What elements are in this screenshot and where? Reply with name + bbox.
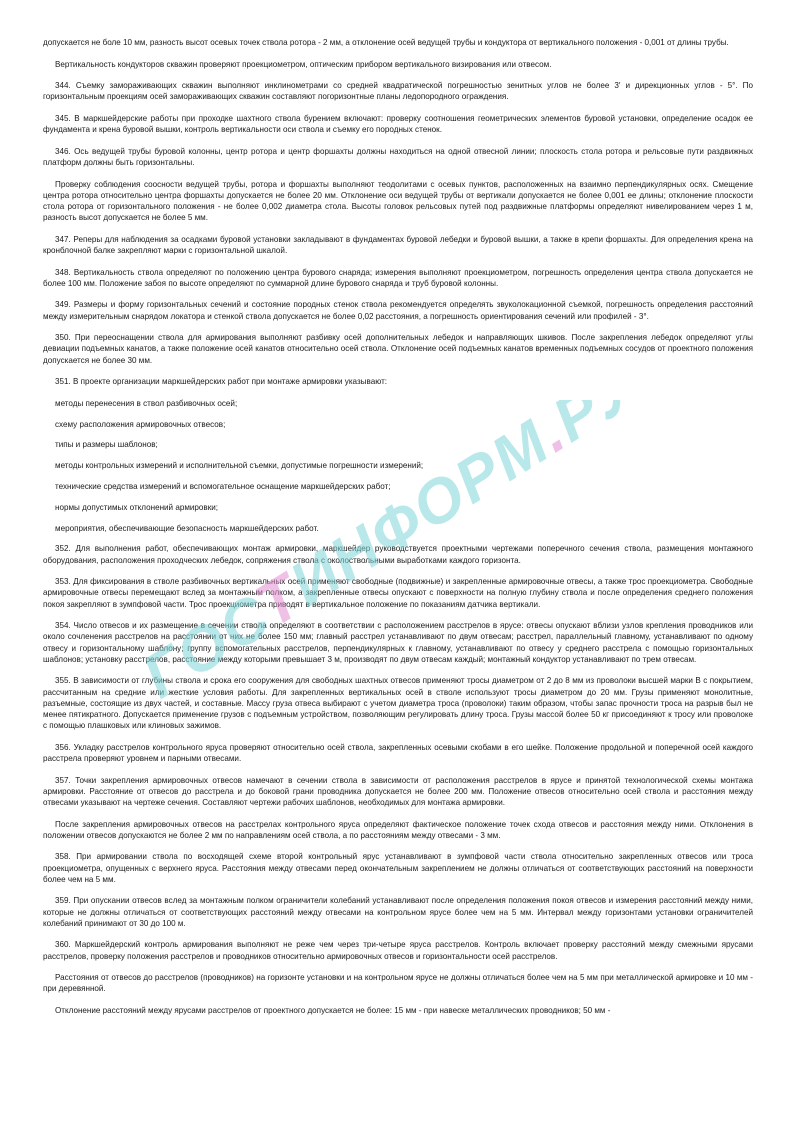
- paragraph-360: 360. Маркшейдерский контроль армирования…: [43, 939, 753, 961]
- paragraph-355: 355. В зависимости от глубины ствола и с…: [43, 675, 753, 731]
- list-item: нормы допустимых отклонений армировки;: [43, 502, 753, 513]
- paragraph: Проверку соблюдения соосности ведущей тр…: [43, 179, 753, 224]
- paragraph-351: 351. В проекте организации маркшейдерски…: [43, 376, 753, 387]
- paragraph-continuation: допускается не боле 10 мм, разность высо…: [43, 37, 753, 48]
- list-item: методы перенесения в ствол разбивочных о…: [43, 398, 753, 409]
- paragraph-359: 359. При опускании отвесов вслед за монт…: [43, 895, 753, 929]
- list-item: методы контрольных измерений и исполните…: [43, 460, 753, 471]
- paragraph-345: 345. В маркшейдерские работы при проходк…: [43, 113, 753, 135]
- paragraph-354: 354. Число отвесов и их размещение в сеч…: [43, 620, 753, 665]
- paragraph-357: 357. Точки закрепления армировочных отве…: [43, 775, 753, 809]
- paragraph-356: 356. Укладку расстрелов контрольного яру…: [43, 742, 753, 764]
- paragraph-348: 348. Вертикальность ствола определяют по…: [43, 267, 753, 289]
- paragraph: Вертикальность кондукторов скважин прове…: [43, 59, 753, 70]
- paragraph: Расстояния от отвесов до расстрелов (про…: [43, 972, 753, 994]
- paragraph: Отклонение расстояний между ярусами расс…: [43, 1005, 753, 1016]
- list-item: схему расположения армировочных отвесов;: [43, 419, 753, 430]
- paragraph-344: 344. Съемку замораживающих скважин выпол…: [43, 80, 753, 102]
- paragraph-358: 358. При армировании ствола по восходяще…: [43, 851, 753, 885]
- paragraph-352: 352. Для выполнения работ, обеспечивающи…: [43, 543, 753, 565]
- paragraph: После закрепления армировочных отвесов н…: [43, 819, 753, 841]
- list-item: типы и размеры шаблонов;: [43, 439, 753, 450]
- list-item: мероприятия, обеспечивающие безопасность…: [43, 523, 753, 534]
- paragraph-346: 346. Ось ведущей трубы буровой колонны, …: [43, 146, 753, 168]
- paragraph-347: 347. Реперы для наблюдения за осадками б…: [43, 234, 753, 256]
- list-item: технические средства измерений и вспомог…: [43, 481, 753, 492]
- paragraph-350: 350. При переоснащении ствола для армиро…: [43, 332, 753, 366]
- paragraph-353: 353. Для фиксирования в стволе разбивочн…: [43, 576, 753, 610]
- document-page: допускается не боле 10 мм, разность высо…: [43, 37, 753, 1027]
- paragraph-349: 349. Размеры и форму горизонтальных сече…: [43, 299, 753, 321]
